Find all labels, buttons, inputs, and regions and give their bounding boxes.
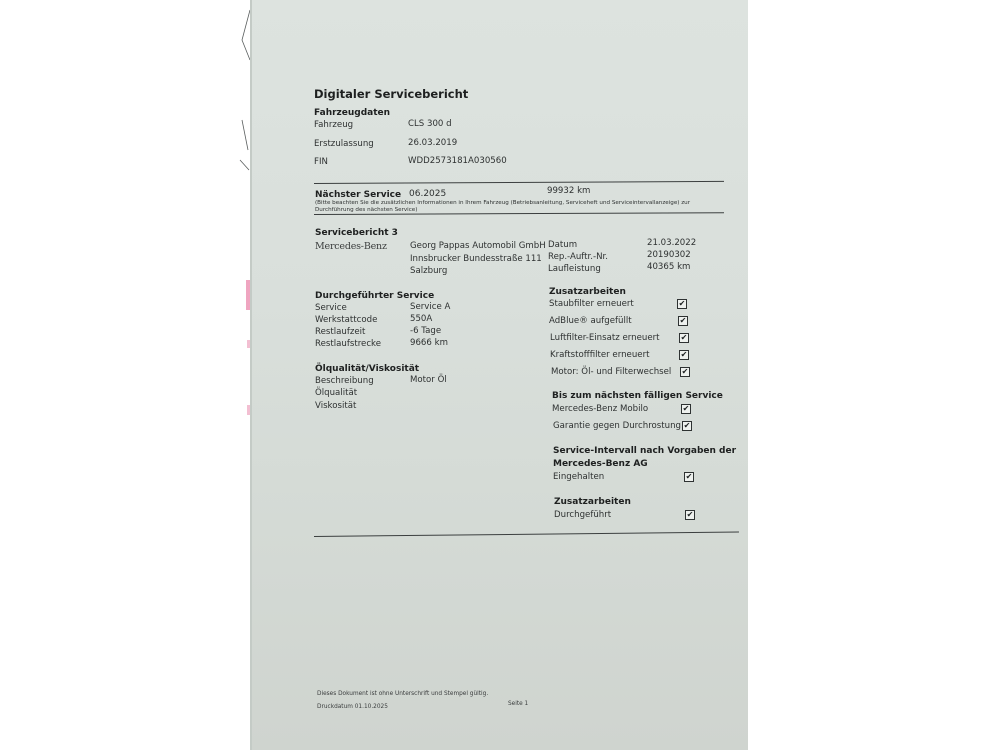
interval-heading-line1: Service-Intervall nach Vorgaben der [553,446,736,456]
order-number-value: 20190302 [647,250,691,260]
checkbox-durchrostung: ✔ [682,421,692,431]
remaining-distance-value: 9666 km [410,338,448,348]
checkbox-adblue: ✔ [678,316,688,326]
until-next-item-label: Mercedes-Benz Mobilo [552,404,648,414]
remaining-time-label: Restlaufzeit [315,327,365,337]
extra-work-item-label: Luftfilter-Einsatz erneuert [550,333,660,343]
report-heading: Servicebericht 3 [315,228,398,238]
performed-service-heading: Durchgeführter Service [315,291,434,301]
brand-logo-text: Mercedes-Benz [315,241,387,252]
checkbox-mobilo: ✔ [681,404,691,414]
interval-heading-line2: Mercedes-Benz AG [553,459,648,469]
dealer-city: Salzburg [410,266,447,276]
next-service-label: Nächster Service [315,190,401,200]
checkbox-kraftstofffilter: ✔ [679,350,689,360]
oil-quality-label: Ölqualität [315,388,357,398]
service-value: Service A [410,302,450,312]
next-service-date: 06.2025 [409,189,446,199]
checkbox-eingehalten: ✔ [684,472,694,482]
footer-page-number: Seite 1 [508,701,528,707]
vin-label: FIN [314,157,328,167]
checkbox-durchgefuehrt: ✔ [685,510,695,520]
first-registration-label: Erstzulassung [314,139,374,149]
remaining-distance-label: Restlaufstrecke [315,339,381,349]
first-registration-value: 26.03.2019 [408,138,457,148]
interval-item-label: Eingehalten [553,472,604,482]
extra-work-item-label: Motor: Öl- und Filterwechsel [551,367,671,377]
until-next-item-label: Garantie gegen Durchrostung [553,421,681,431]
dealer-name: Georg Pappas Automobil GmbH [410,241,546,251]
next-service-note-1: (Bitte beachten Sie die zusätzlichen Inf… [315,200,690,207]
checkbox-luftfilter: ✔ [679,333,689,343]
mileage-label: Laufleistung [548,264,601,274]
vehicle-value: CLS 300 d [408,119,452,129]
vehicle-label: Fahrzeug [314,120,353,130]
oil-heading: Ölqualität/Viskosität [315,364,419,374]
checkbox-staubfilter: ✔ [677,299,687,309]
mileage-value: 40365 km [647,262,690,272]
order-number-label: Rep.-Auftr.-Nr. [548,252,608,262]
date-value: 21.03.2022 [647,238,696,248]
extra-work-item-label: AdBlue® aufgefüllt [549,316,632,326]
extra-work-item-label: Kraftstofffilter erneuert [550,350,649,360]
remaining-time-value: -6 Tage [410,326,441,336]
workshop-code-value: 550A [410,314,432,324]
extra-work-2-item-label: Durchgeführt [554,510,611,520]
service-label: Service [315,303,347,313]
until-next-service-heading: Bis zum nächsten fälligen Service [552,391,723,401]
footer-print-date: Druckdatum 01.10.2025 [317,704,388,710]
next-service-mileage: 99932 km [547,186,590,196]
oil-description-label: Beschreibung [315,376,374,386]
date-label: Datum [548,240,577,250]
checkbox-oelwechsel: ✔ [680,367,690,377]
extra-work-item-label: Staubfilter erneuert [549,299,634,309]
oil-description-value: Motor Öl [410,375,447,385]
vehicle-data-heading: Fahrzeugdaten [314,108,390,118]
extra-work-2-heading: Zusatzarbeiten [554,497,631,507]
background-edge-marks [236,0,252,750]
viscosity-label: Viskosität [315,401,356,411]
workshop-code-label: Werkstattcode [315,315,377,325]
vin-value: WDD2573181A030560 [408,156,507,166]
dealer-street: Innsbrucker Bundesstraße 111 [410,254,542,264]
footer-validity: Dieses Dokument ist ohne Unterschrift un… [317,691,488,697]
extra-work-heading: Zusatzarbeiten [549,287,626,297]
document-title: Digitaler Servicebericht [314,87,468,101]
